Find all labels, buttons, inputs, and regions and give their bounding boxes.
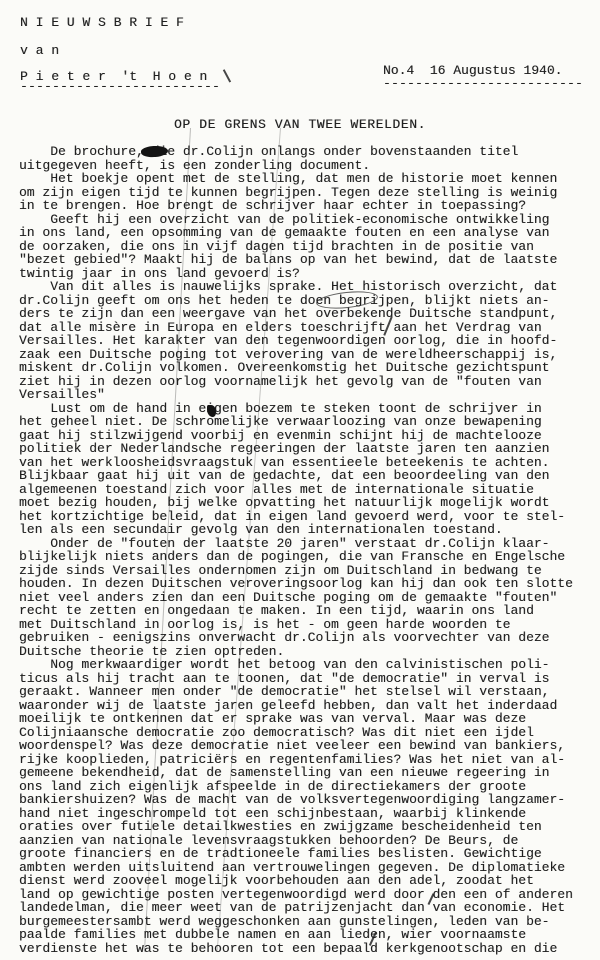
- article-title: OP DE GRENS VAN TWEE WERELDEN.: [0, 117, 600, 132]
- ink-blot: [207, 405, 216, 417]
- pen-stroke: [223, 69, 231, 82]
- dashed-rule-left: -------------------------: [20, 80, 220, 94]
- dashed-rule-right: -------------------------: [383, 77, 583, 91]
- newsletter-van-label: v a n: [20, 44, 59, 58]
- newsletter-page: N I E U W S B R I E F v a n P i e t e r …: [0, 0, 600, 960]
- article-body-text: De brochure, die dr.Colijn onlangs onder…: [19, 145, 573, 955]
- newsletter-name: N I E U W S B R I E F: [20, 16, 184, 30]
